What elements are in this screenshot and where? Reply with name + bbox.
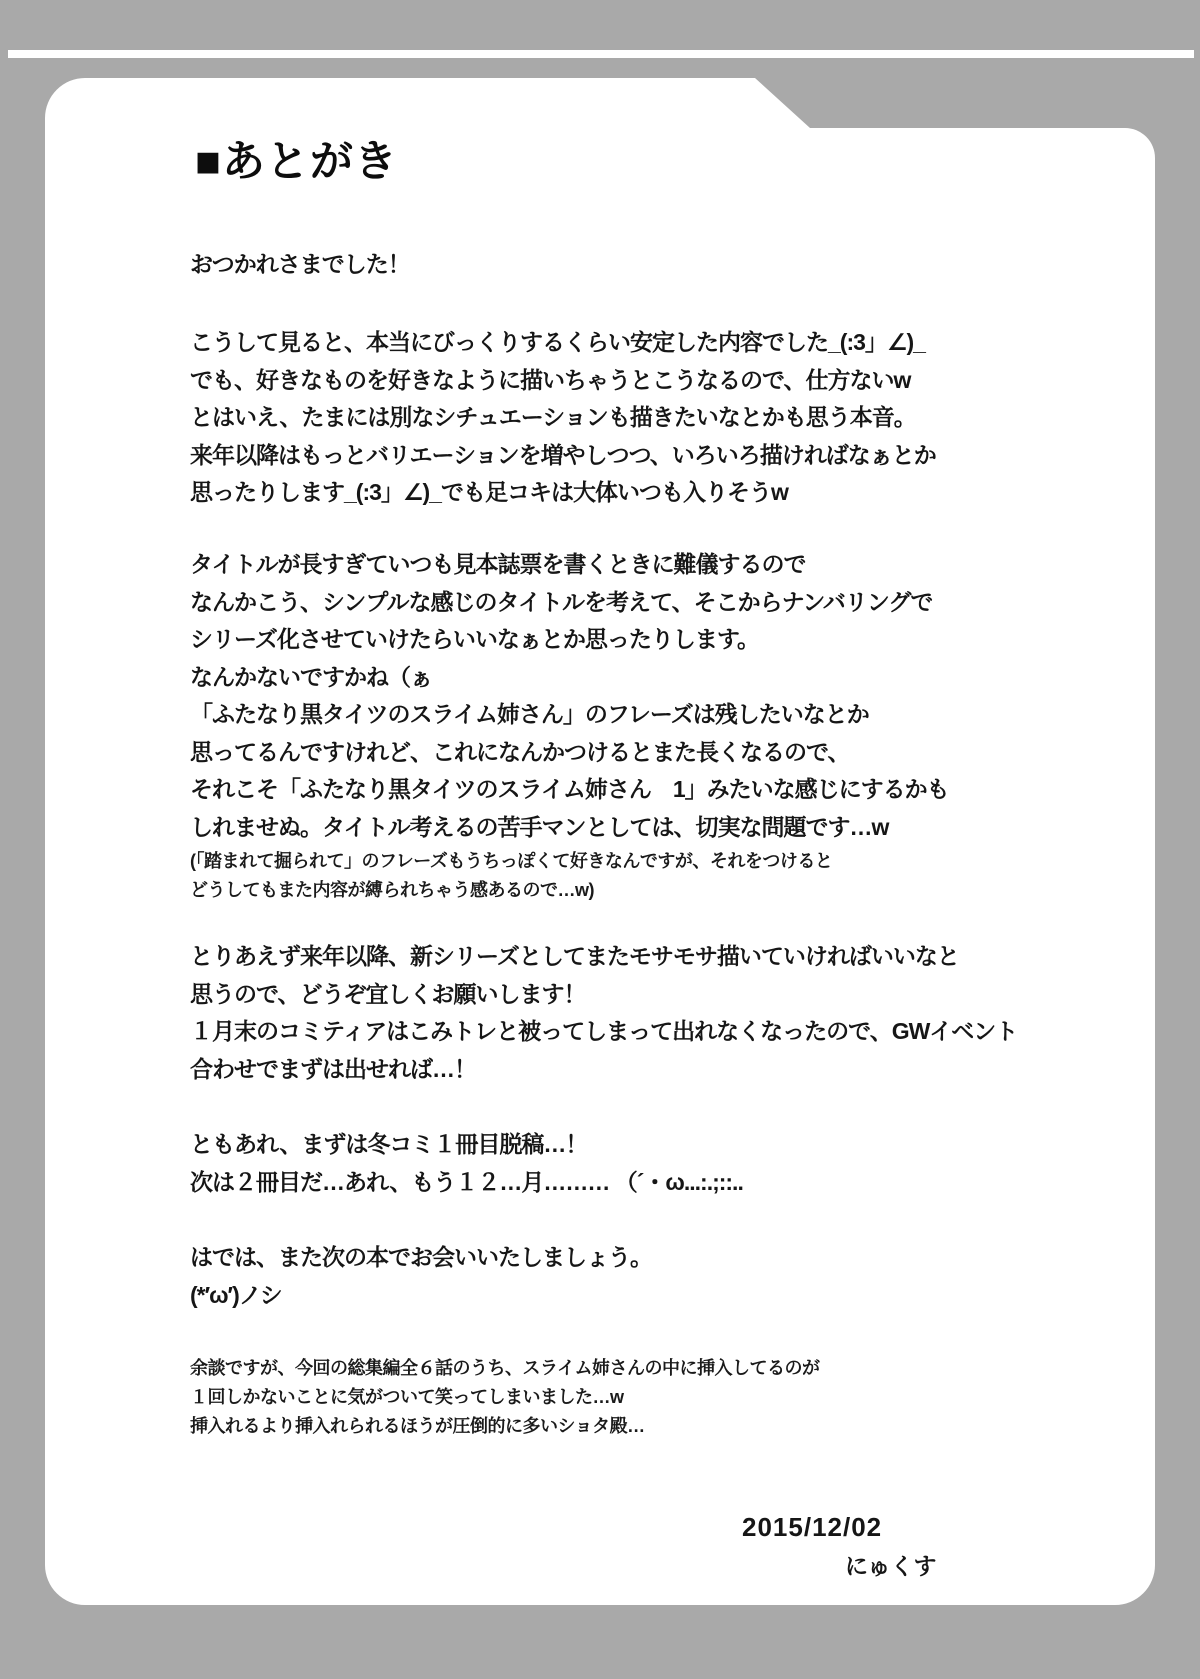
text-line: しれませぬ。タイトル考えるの苦手マンとしては、切実な問題です…w <box>190 809 1050 847</box>
page-title: ■あとがき <box>195 128 398 189</box>
paragraph-next-year-plans: とりあえず来年以降、新シリーズとしてまたモサモサ描いていければいいなと 思うので… <box>190 938 1050 1088</box>
text-line: 次は２冊目だ…あれ、もう１２…月……… （´・ω...:.;::.. <box>190 1164 1050 1202</box>
text-line: 合わせでまずは出せれば…！ <box>190 1051 1050 1089</box>
note-trivia: 余談ですが、今回の総集編全６話のうち、スライム姉さんの中に挿入してるのが １回し… <box>190 1354 1050 1441</box>
afterword-page: ■あとがき おつかれさまでした！ こうして見ると、本当にびっくりするくらい安定し… <box>0 0 1200 1679</box>
text-line: 挿入れるより挿入れられるほうが圧倒的に多いショタ殿… <box>190 1412 1050 1441</box>
text-line: シリーズ化させていけたらいいなぁとか思ったりします。 <box>190 621 1050 659</box>
text-line: 思うので、どうぞ宜しくお願いします！ <box>190 976 1050 1014</box>
text-line: 「ふたなり黒タイツのスライム姉さん」のフレーズは残したいなとか <box>190 696 1050 734</box>
paragraph-reflection: こうして見ると、本当にびっくりするくらい安定した内容でした_(:3」∠)_ でも… <box>190 324 1050 512</box>
signature: にゅくす <box>845 1548 937 1581</box>
text-line: (*′ω′)ノシ <box>190 1277 1050 1315</box>
text-line: こうして見ると、本当にびっくりするくらい安定した内容でした_(:3」∠)_ <box>190 324 1050 362</box>
paragraph-deadline: ともあれ、まずは冬コミ１冊目脱稿…！ 次は２冊目だ…あれ、もう１２…月……… （… <box>190 1126 1050 1201</box>
text-line: どうしてもまた内容が縛られちゃう感あるので…w) <box>190 876 1050 905</box>
afterword-content: ■あとがき おつかれさまでした！ こうして見ると、本当にびっくりするくらい安定し… <box>0 0 1200 1679</box>
text-line: 思ったりします_(:3」∠)_でも足コキは大体いつも入りそうw <box>190 474 1050 512</box>
text-line: ともあれ、まずは冬コミ１冊目脱稿…！ <box>190 1126 1050 1164</box>
text-line: 来年以降はもっとバリエーションを増やしつつ、いろいろ描ければなぁとか <box>190 437 1050 475</box>
paragraph-farewell: はでは、また次の本でお会いいたしましょう。 (*′ω′)ノシ <box>190 1239 1050 1314</box>
text-line: なんかないですかね（ぁ <box>190 659 1050 697</box>
text-line: 思ってるんですけれど、これになんかつけるとまた長くなるので、 <box>190 734 1050 772</box>
text-line: とりあえず来年以降、新シリーズとしてまたモサモサ描いていければいいなと <box>190 938 1050 976</box>
paragraph-title-trouble: タイトルが長すぎていつも見本誌票を書くときに難儀するので なんかこう、シンプルな… <box>190 546 1050 846</box>
text-line: おつかれさまでした！ <box>190 246 1050 284</box>
text-line: とはいえ、たまには別なシチュエーションも描きたいなとかも思う本音。 <box>190 399 1050 437</box>
note-parenthetical: (「踏まれて掘られて」のフレーズもうちっぽくて好きなんですが、それをつけると ど… <box>190 847 1050 905</box>
text-line: はでは、また次の本でお会いいたしましょう。 <box>190 1239 1050 1277</box>
text-line: １月末のコミティアはこみトレと被ってしまって出れなくなったので、GWイベント <box>190 1013 1050 1051</box>
text-line: 余談ですが、今回の総集編全６話のうち、スライム姉さんの中に挿入してるのが <box>190 1354 1050 1383</box>
text-line: なんかこう、シンプルな感じのタイトルを考えて、そこからナンバリングで <box>190 584 1050 622</box>
text-line: それこそ「ふたなり黒タイツのスライム姉さん 1」みたいな感じにするかも <box>190 771 1050 809</box>
paragraph-greeting: おつかれさまでした！ <box>190 246 1050 284</box>
text-line: １回しかないことに気がついて笑ってしまいました…w <box>190 1383 1050 1412</box>
text-line: でも、好きなものを好きなように描いちゃうとこうなるので、仕方ないw <box>190 362 1050 400</box>
text-line: (「踏まれて掘られて」のフレーズもうちっぽくて好きなんですが、それをつけると <box>190 847 1050 876</box>
date: 2015/12/02 <box>742 1512 882 1543</box>
text-line: タイトルが長すぎていつも見本誌票を書くときに難儀するので <box>190 546 1050 584</box>
